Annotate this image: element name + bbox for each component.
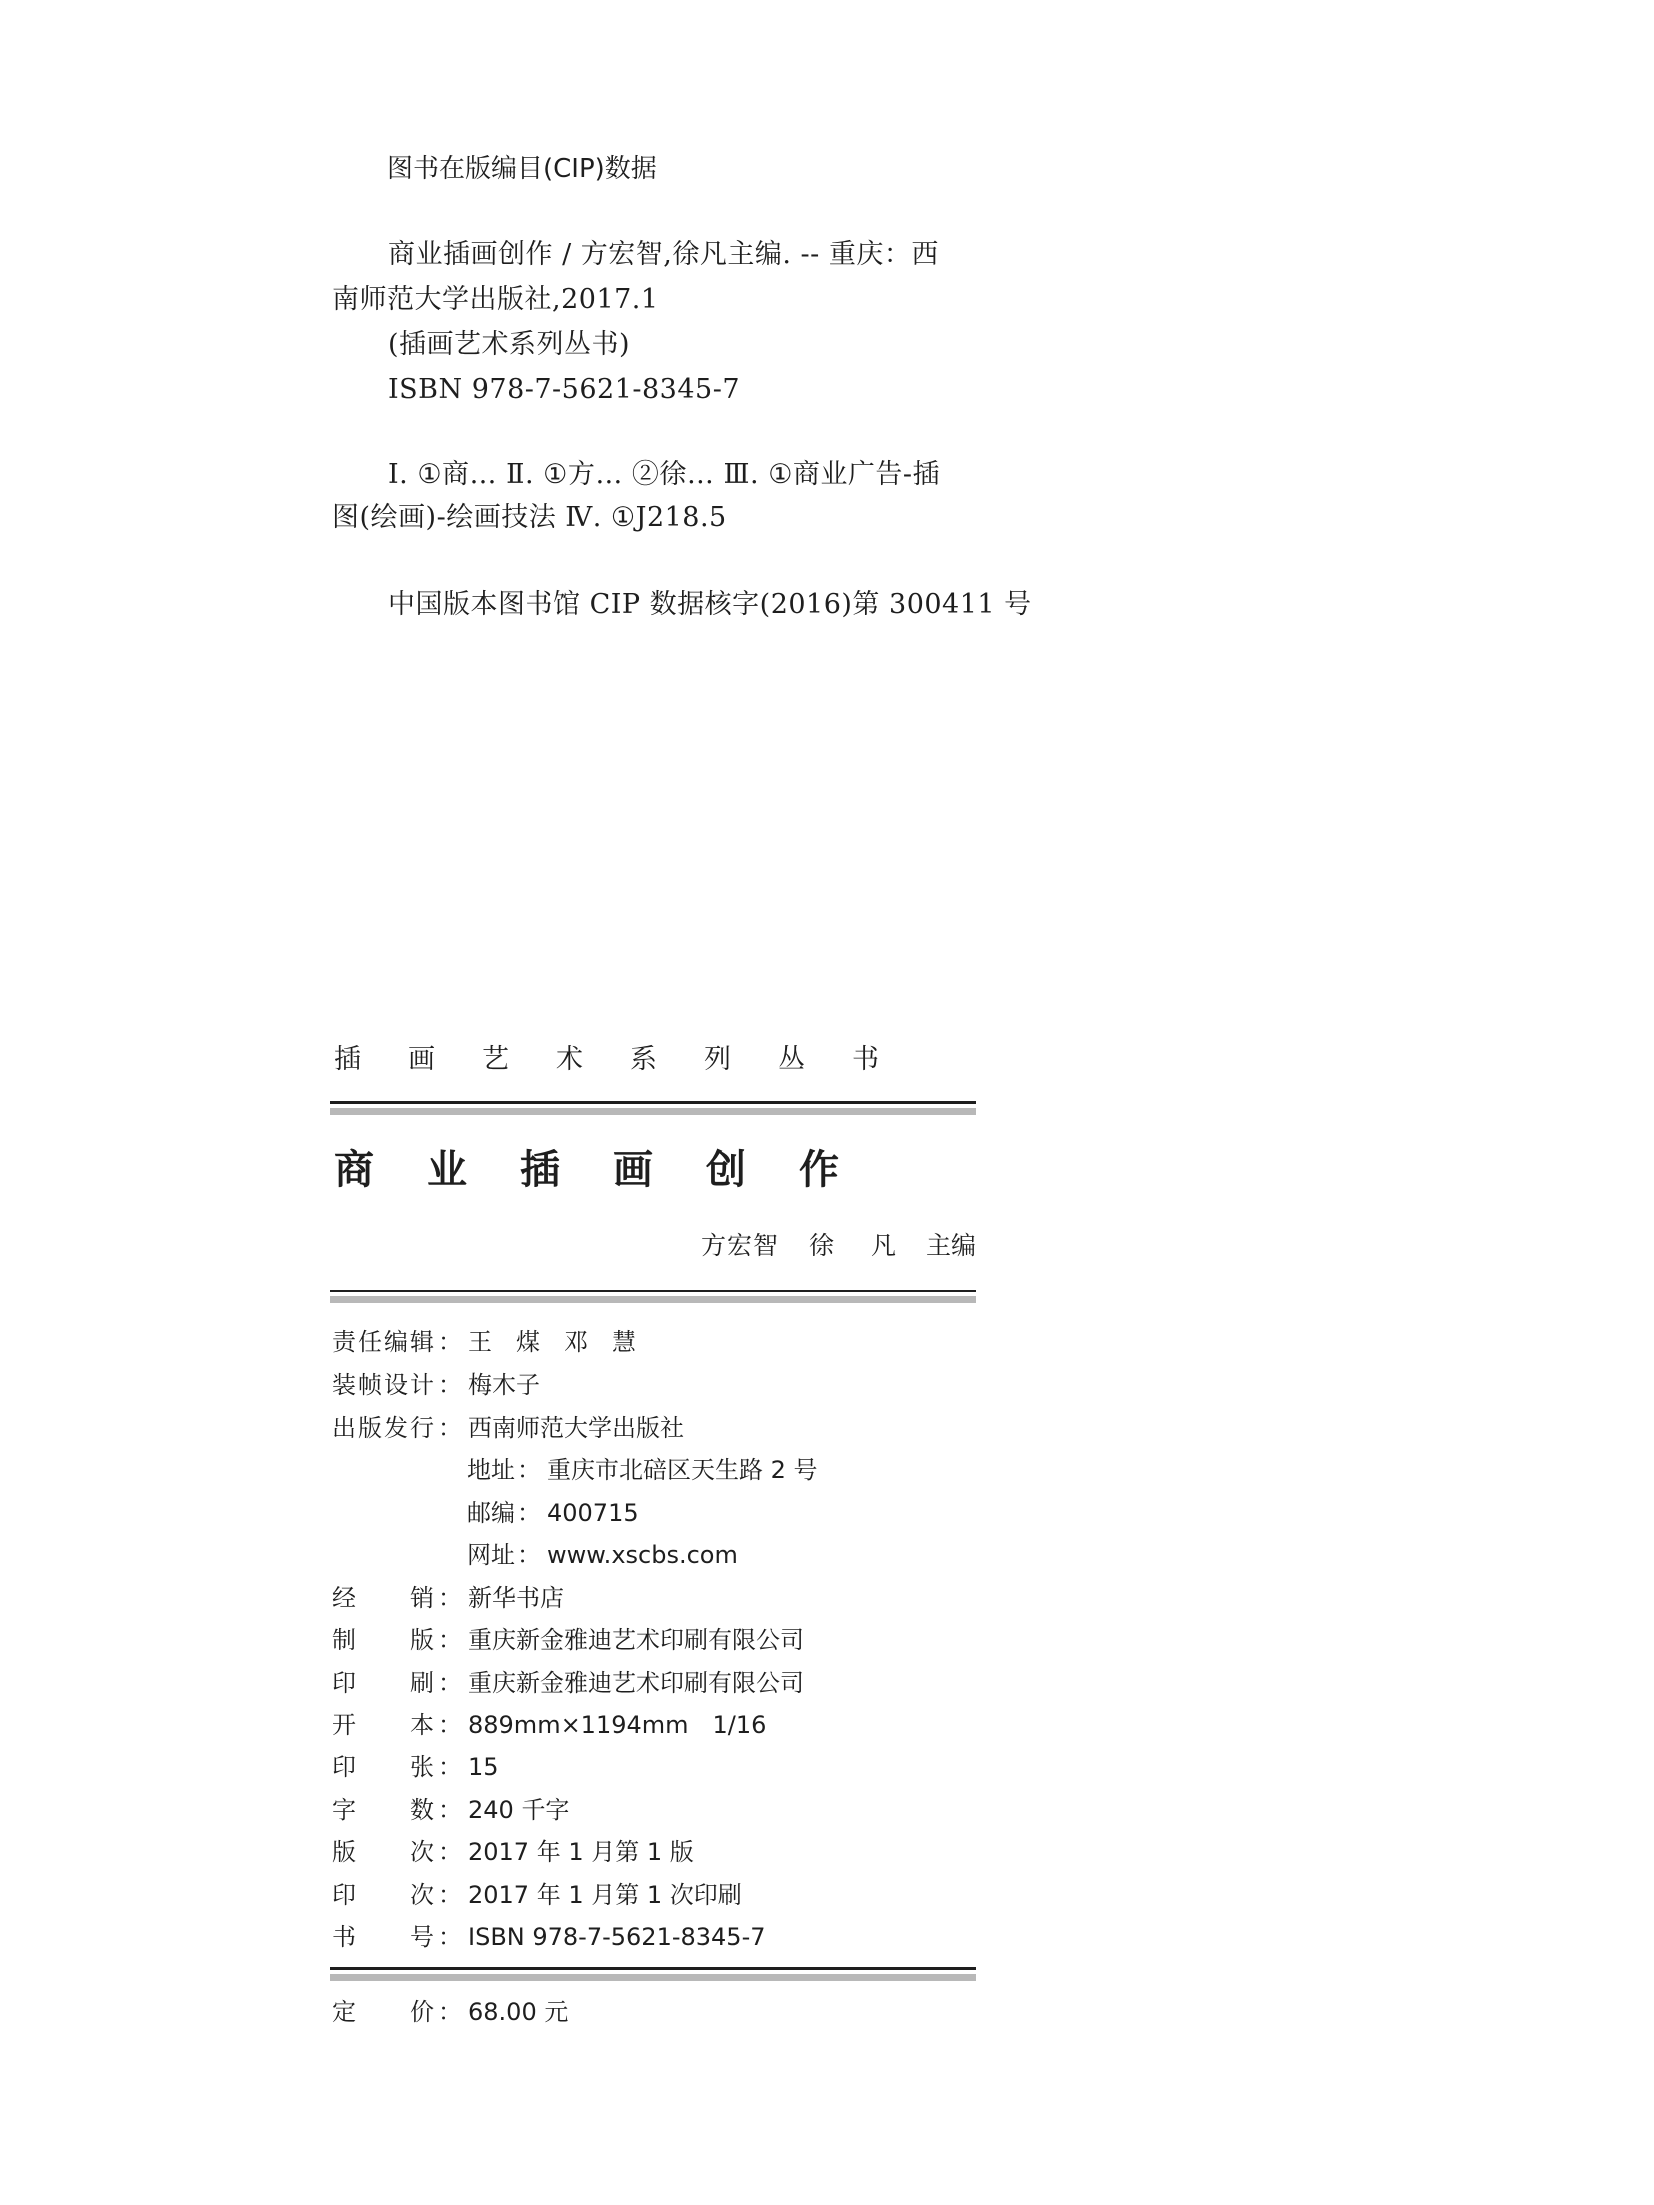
imprint-row-edition: 版次：2017 年 1 月第 1 版 xyxy=(332,1836,694,1868)
row-label: 制版 xyxy=(332,1624,434,1656)
editor-name: 方宏智 xyxy=(701,1230,779,1262)
divider-rule xyxy=(330,1967,976,1970)
divider-rule xyxy=(330,1290,976,1292)
editor-role: 主编 xyxy=(926,1230,976,1262)
price-row: 定价：68.00 元 xyxy=(332,1996,568,2028)
row-label: 版次 xyxy=(332,1836,434,1868)
imprint-row-editor: 责任编辑：王 煤 邓 慧 xyxy=(332,1326,636,1358)
imprint-row-impression: 印次：2017 年 1 月第 1 次印刷 xyxy=(332,1879,742,1911)
row-value: 2017 年 1 月第 1 次印刷 xyxy=(462,1879,742,1911)
row-value: 王 煤 邓 慧 xyxy=(462,1326,636,1358)
row-value: 2017 年 1 月第 1 版 xyxy=(462,1836,694,1868)
row-value: 15 xyxy=(462,1751,499,1783)
price-value: 68.00 元 xyxy=(462,1996,568,2028)
row-label: 经销 xyxy=(332,1582,434,1614)
divider-band xyxy=(330,1108,976,1115)
editors-line: 方宏智徐 凡主编 xyxy=(701,1230,976,1262)
imprint-row-printing: 印刷：重庆新金雅迪艺术印刷有限公司 xyxy=(332,1667,804,1699)
editor-name: 徐 凡 xyxy=(809,1230,902,1262)
row-label: 印张 xyxy=(332,1751,434,1783)
imprint-row-publisher: 出版发行：西南师范大学出版社 xyxy=(332,1412,684,1444)
series-name: 插画艺术系列丛书 xyxy=(334,1042,926,1078)
cip-line: 南师范大学出版社,2017.1 xyxy=(332,283,659,317)
row-value: 梅木子 xyxy=(462,1369,540,1401)
row-value: 240 千字 xyxy=(462,1794,569,1826)
cip-classification: 图(绘画)-绘画技法 Ⅳ. ①J218.5 xyxy=(332,501,727,535)
row-label: 开本 xyxy=(332,1709,434,1741)
imprint-row-distributor: 经销：新华书店 xyxy=(332,1582,564,1614)
row-value: ISBN 978-7-5621-8345-7 xyxy=(462,1921,766,1953)
imprint-row-format: 开本：889mm×1194mm 1/16 xyxy=(332,1709,766,1741)
row-label: 印次 xyxy=(332,1879,434,1911)
row-label: 书号 xyxy=(332,1921,434,1953)
divider-band xyxy=(330,1974,976,1981)
imprint-row-platemaking: 制版：重庆新金雅迪艺术印刷有限公司 xyxy=(332,1624,804,1656)
cip-isbn: ISBN 978-7-5621-8345-7 xyxy=(388,373,740,407)
row-label: 责任编辑 xyxy=(332,1326,434,1358)
row-value: 重庆新金雅迪艺术印刷有限公司 xyxy=(462,1624,804,1656)
row-label: 字数 xyxy=(332,1794,434,1826)
imprint-row-isbn: 书号：ISBN 978-7-5621-8345-7 xyxy=(332,1921,766,1953)
imprint-row-wordcount: 字数：240 千字 xyxy=(332,1794,569,1826)
row-value: 889mm×1194mm 1/16 xyxy=(462,1709,766,1741)
divider-rule xyxy=(330,1101,976,1104)
imprint-row-sheets: 印张：15 xyxy=(332,1751,499,1783)
row-value: 西南师范大学出版社 xyxy=(462,1412,684,1444)
row-value: 重庆新金雅迪艺术印刷有限公司 xyxy=(462,1667,804,1699)
website-link: www.xscbs.com xyxy=(539,1539,738,1571)
publisher-address: 地址：重庆市北碚区天生路 2 号 xyxy=(467,1454,818,1486)
row-label: 装帧设计 xyxy=(332,1369,434,1401)
publisher-postcode: 邮编：400715 xyxy=(467,1497,639,1529)
cip-classification: Ⅰ. ①商… Ⅱ. ①方… ②徐… Ⅲ. ①商业广告-插 xyxy=(388,458,940,492)
cip-line: 商业插画创作 / 方宏智,徐凡主编. -- 重庆：西 xyxy=(388,238,939,272)
cip-record-number: 中国版本图书馆 CIP 数据核字(2016)第 300411 号 xyxy=(388,588,1032,622)
row-value: 新华书店 xyxy=(462,1582,564,1614)
cip-heading: 图书在版编目(CIP)数据 xyxy=(387,152,657,186)
imprint-row-design: 装帧设计：梅木子 xyxy=(332,1369,540,1401)
publisher-website: 网址：www.xscbs.com xyxy=(467,1539,738,1571)
divider-band xyxy=(330,1296,976,1303)
row-label: 定价 xyxy=(332,1996,434,2028)
book-title: 商业插画创作 xyxy=(334,1144,892,1196)
cip-line: (插画艺术系列丛书) xyxy=(388,328,630,362)
row-label: 出版发行 xyxy=(332,1412,434,1444)
row-label: 印刷 xyxy=(332,1667,434,1699)
